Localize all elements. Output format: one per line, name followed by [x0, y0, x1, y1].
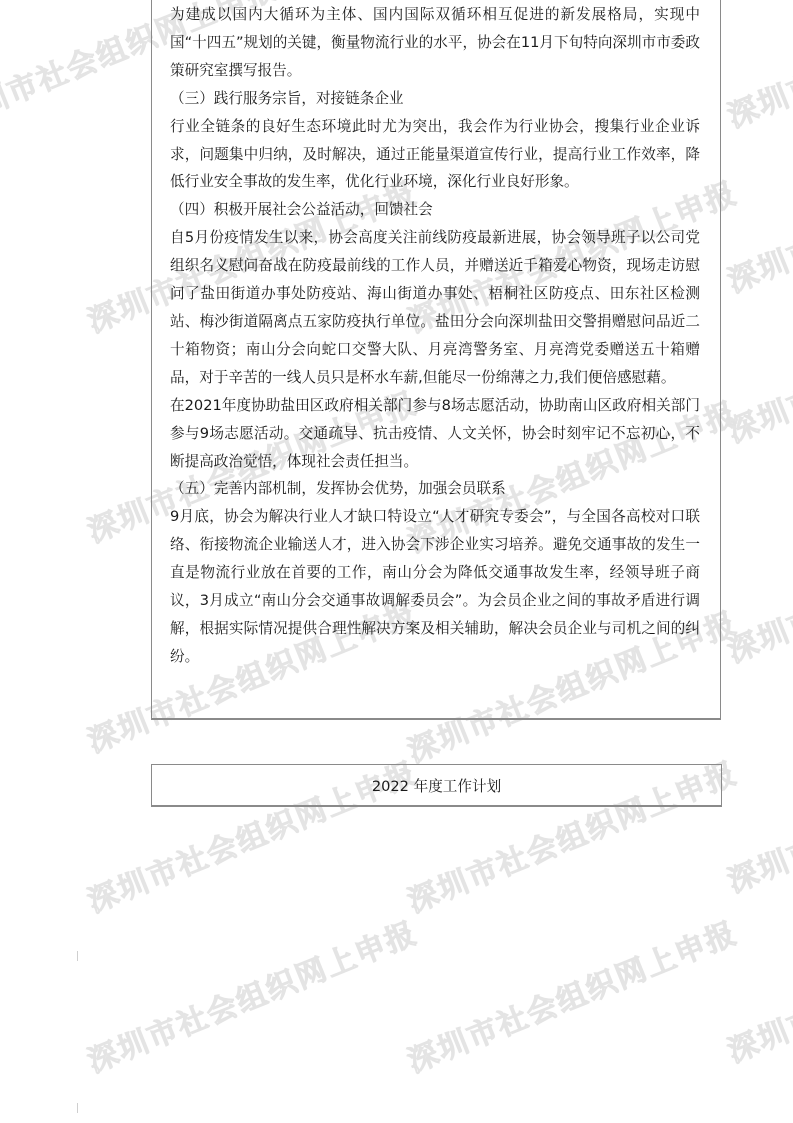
paragraph-industry-chain: 行业全链条的良好生态环境此时尤为突出，我会作为行业协会，搜集行业企业诉求，问题集… — [170, 113, 700, 197]
watermark-text: 深圳市社会组织网上申报 — [720, 498, 793, 671]
work-plan-title: 2022 年度工作计划 — [372, 775, 501, 796]
report-content-box: 为建成以国内大循环为主体、国内国际双循环相互促进的新发展格局，实现中国“十四五”… — [151, 0, 721, 720]
paragraph-epidemic-donations: 自5月份疫情发生以来，协会高度关注前线防疫最新进展，协会领导班子以公司党组织名义… — [170, 224, 700, 391]
watermark-text: 深圳市社会组织网上申报 — [720, 128, 793, 301]
work-plan-header-box: 2022 年度工作计划 — [151, 764, 722, 807]
page-edge-mark — [77, 951, 78, 961]
watermark-text: 深圳市社会组织网上申报 — [720, 0, 793, 136]
section-heading-5: （五）完善内部机制，发挥协会优势，加强会员联系 — [170, 475, 700, 503]
paragraph-volunteer-activities: 在2021年度协助盐田区政府相关部门参与8场志愿活动，协助南山区政府相关部门参与… — [170, 392, 700, 476]
watermark-text: 深圳市社会组织网上申报 — [720, 278, 793, 451]
watermark-text: 深圳市社会组织网上申报 — [720, 728, 793, 901]
paragraph-development-report: 为建成以国内大循环为主体、国内国际双循环相互促进的新发展格局，实现中国“十四五”… — [170, 1, 700, 85]
section-heading-3: （三）践行服务宗旨，对接链条企业 — [170, 85, 700, 113]
watermark-text: 深圳市社会组织网上申报 — [80, 908, 423, 1081]
watermark-text: 深圳市社会组织网上申报 — [720, 898, 793, 1071]
paragraph-internal-mechanism: 9月底，协会为解决行业人才缺口特设立“人才研究专委会”，与全国各高校对口联络、衔… — [170, 503, 700, 670]
section-heading-4: （四）积极开展社会公益活动，回馈社会 — [170, 196, 700, 224]
page-edge-mark — [77, 1103, 78, 1113]
report-body: 为建成以国内大循环为主体、国内国际双循环相互促进的新发展格局，实现中国“十四五”… — [170, 1, 700, 671]
watermark-text: 深圳市社会组织网上申报 — [400, 908, 743, 1081]
